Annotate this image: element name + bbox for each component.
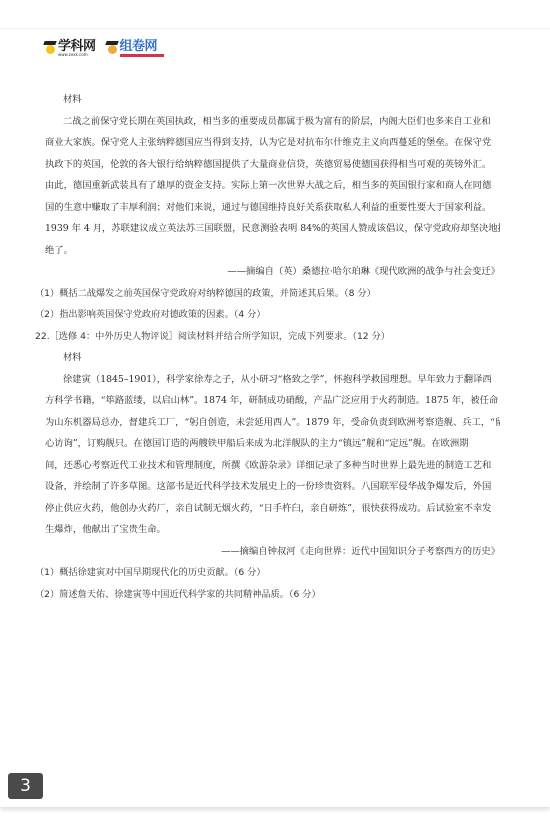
logo-title: 学科网: [58, 40, 96, 53]
paragraph-line: 设备，并绘制了许多草图。这部书是近代科学技术发展史上的一份珍贵资料。八国联军侵华…: [45, 476, 500, 498]
material-label: 材料: [45, 347, 500, 369]
paragraph-line: 停止供应火药，他创办火药厂，亲自试制无烟火药，“日手杵臼，亲自研炼”，很快获得成…: [45, 498, 500, 520]
question-item: （2）指出影响英国保守党政府对德政策的因素。（4 分）: [35, 304, 500, 326]
paragraph-line: 二战之前保守党长期在英国执政，相当多的重要成员都属于极为富有的阶层，内阁大臣们也…: [45, 111, 500, 133]
paragraph-line: 为山东机器局总办，督建兵工厂，“躬自创造，未尝延用西人”。1879 年，受命负责…: [45, 412, 500, 434]
question-item: （2）简述詹天佑、徐建寅等中国近代科学家的共同精神品质。（6 分）: [35, 584, 500, 606]
paragraph-line: 徐建寅（1845–1901），科学家徐寿之子，从小研习“格致之学”，怀抱科学救国…: [45, 369, 500, 391]
question-item: （1）概括二战爆发之前英国保守党政府对纳粹德国的政策，并简述其后果。（8 分）: [35, 283, 500, 305]
paragraph-line: 执政下的英国，伦敦的各大银行给纳粹德国提供了大量商业信贷，英德贸易使德国获得相当…: [45, 154, 500, 176]
paragraph-line: 商业大家族。保守党人主张纳粹德国应当得到支持，认为它是对抗布尔什维克主义向西蔓延…: [45, 132, 500, 154]
document-content: 材料 二战之前保守党长期在英国执政，相当多的重要成员都属于极为富有的阶层，内阁大…: [45, 89, 500, 605]
paragraph-line: 生爆炸，他献出了宝贵生命。: [45, 519, 500, 541]
paragraph-line: 绝了。: [45, 240, 500, 262]
logo-subtitle: www.zxxk.com: [58, 53, 96, 57]
paragraph-line: 心访询”，订购舰只。在德国订造的两艘铁甲船后来成为北洋舰队的主力“镇远”舰和“定…: [45, 433, 500, 455]
section-heading: 22.［选修 4：中外历史人物评说］阅读材料并结合所学知识，完成下列要求。（12…: [35, 326, 500, 348]
material-label: 材料: [45, 89, 500, 111]
paragraph-line: 1939 年 4 月，苏联建议成立英法苏三国联盟，民意测验表明 84%的英国人赞…: [45, 218, 500, 240]
zxxk-logo[interactable]: 学科网 www.zxxk.com: [44, 40, 96, 57]
paragraph-line: 国的生意中赚取了丰厚利润；对他们来说，通过与德国维持良好关系获取私人利益的重要性…: [45, 197, 500, 219]
zujuan-logo[interactable]: 组卷网: [106, 40, 164, 57]
header-logos: 学科网 www.zxxk.com 组卷网: [44, 37, 164, 59]
document-page: 学科网 www.zxxk.com 组卷网 材料 二战之前保守党长期在英国执政，相…: [0, 28, 550, 807]
paragraph-line: 方科学书籍，“筚路蓝缕，以启山林”。1874 年，研制成功硝酸，产品广泛应用于火…: [45, 390, 500, 412]
logo-title: 组卷网: [120, 40, 164, 53]
mascot-icon: [106, 41, 118, 55]
question-item: （1）概括徐建寅对中国早期现代化的历史贡献。（6 分）: [35, 562, 500, 584]
logo-banner: [120, 54, 164, 57]
page-number-badge[interactable]: 3: [8, 773, 43, 799]
source-citation: ——摘编自（英）桑德拉·哈尔珀琳《现代欧洲的战争与社会变迁》: [45, 261, 500, 283]
paragraph-line: 间，还悉心考察近代工业技术和管理制度，所撰《欧游杂录》详细记录了多种当时世界上最…: [45, 455, 500, 477]
mascot-icon: [44, 41, 56, 55]
paragraph-line: 由此，德国重新武装具有了雄厚的资金支持。实际上第一次世界大战之后，相当多的英国银…: [45, 175, 500, 197]
source-citation: ——摘编自钟叔河《走向世界：近代中国知识分子考察西方的历史》: [45, 541, 500, 563]
